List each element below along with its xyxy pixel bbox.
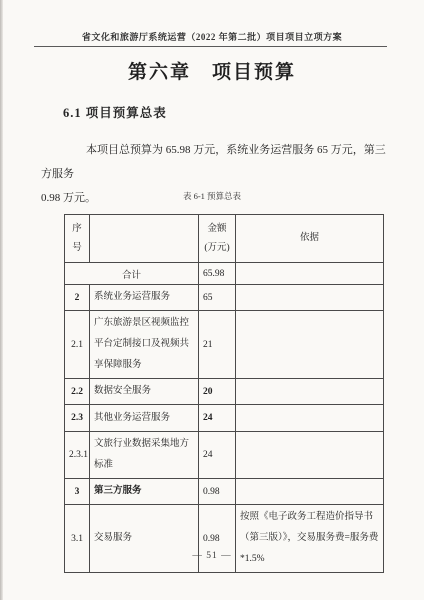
row-name-cell: 第三方服务 [90,479,199,505]
row-basis-cell [236,285,384,311]
header-rule-divider [34,46,387,47]
total-basis-cell [236,263,384,285]
section-heading: 6.1 项目预算总表 [63,103,167,121]
row-name-cell: 广东旅游景区视频监控平台定制接口及视频共享保障服务 [90,311,199,379]
row-amount-cell: 65 [199,285,236,311]
running-header: 省文化和旅游厅系统运营（2022 年第二批）项目项目立项方案 [0,30,424,43]
row-no-cell: 3 [65,479,90,505]
table-row: 2.2 数据安全服务 20 [65,379,384,405]
row-basis-cell [236,432,384,479]
chapter-title: 第六章 项目预算 [0,57,424,84]
row-amount-cell: 20 [199,379,236,405]
row-no-cell: 2.3.1 [65,432,90,479]
row-no-cell: 3.1 [65,505,90,573]
total-amount-cell: 65.98 [199,263,236,285]
table-row: 2 系统业务运营服务 65 [65,285,384,311]
scan-edge-shadow [0,0,3,600]
row-amount-cell: 0.98 [199,479,236,505]
header-amount-line: (万元) [203,239,231,258]
row-basis-cell [236,479,384,505]
total-row: 合计 65.98 [65,263,384,285]
page-number: — 51 — [0,551,424,561]
row-amount-cell: 0.98 [199,505,236,573]
table-caption: 表 6-1 预算总表 [0,190,424,202]
row-amount-cell: 24 [199,432,236,479]
row-name-cell: 文旅行业数据采集地方标准 [90,432,199,479]
row-amount-cell: 21 [199,311,236,379]
table-header-row: 序 号 金额 (万元) 依据 [65,215,384,263]
row-basis-cell [236,379,384,405]
table-row: 3 第三方服务 0.98 [65,479,384,505]
header-no-line: 序 [69,220,85,239]
table-row: 3.1 交易服务 0.98 按照《电子政务工程造价指导书（第三版）》，交易服务费… [65,505,384,573]
header-no-line: 号 [69,239,85,258]
row-name-cell: 其他业务运营服务 [90,405,199,432]
row-no-cell: 2.2 [65,379,90,405]
row-basis-cell: 按照《电子政务工程造价指导书（第三版）》，交易服务费=服务费*1.5% [236,505,384,573]
header-no-cell: 序 号 [65,215,90,263]
row-amount-cell: 24 [199,405,236,432]
table-row: 2.1 广东旅游景区视频监控平台定制接口及视频共享保障服务 21 [65,311,384,379]
table-row: 2.3 其他业务运营服务 24 [65,405,384,432]
row-no-cell: 2.3 [65,405,90,432]
header-amount-cell: 金额 (万元) [199,215,236,263]
header-basis-cell: 依据 [236,215,384,263]
table-row: 2.3.1 文旅行业数据采集地方标准 24 [65,432,384,479]
total-label-cell: 合计 [65,263,199,285]
row-name-cell: 数据安全服务 [90,379,199,405]
header-amount-line: 金额 [203,220,231,239]
row-basis-cell [236,405,384,432]
paragraph-line: 本项目总预算为 65.98 万元，系统业务运营服务 65 万元，第三方服务 [41,138,386,186]
row-name-cell: 交易服务 [90,505,199,573]
row-no-cell: 2 [65,285,90,311]
row-no-cell: 2.1 [65,311,90,379]
header-name-cell [90,215,199,263]
row-basis-cell [236,311,384,379]
row-name-cell: 系统业务运营服务 [90,285,199,311]
document-page: 省文化和旅游厅系统运营（2022 年第二批）项目项目立项方案 第六章 项目预算 … [0,0,424,600]
budget-table: 序 号 金额 (万元) 依据 合计 65.98 2 系统业务运营服务 65 [64,214,384,573]
